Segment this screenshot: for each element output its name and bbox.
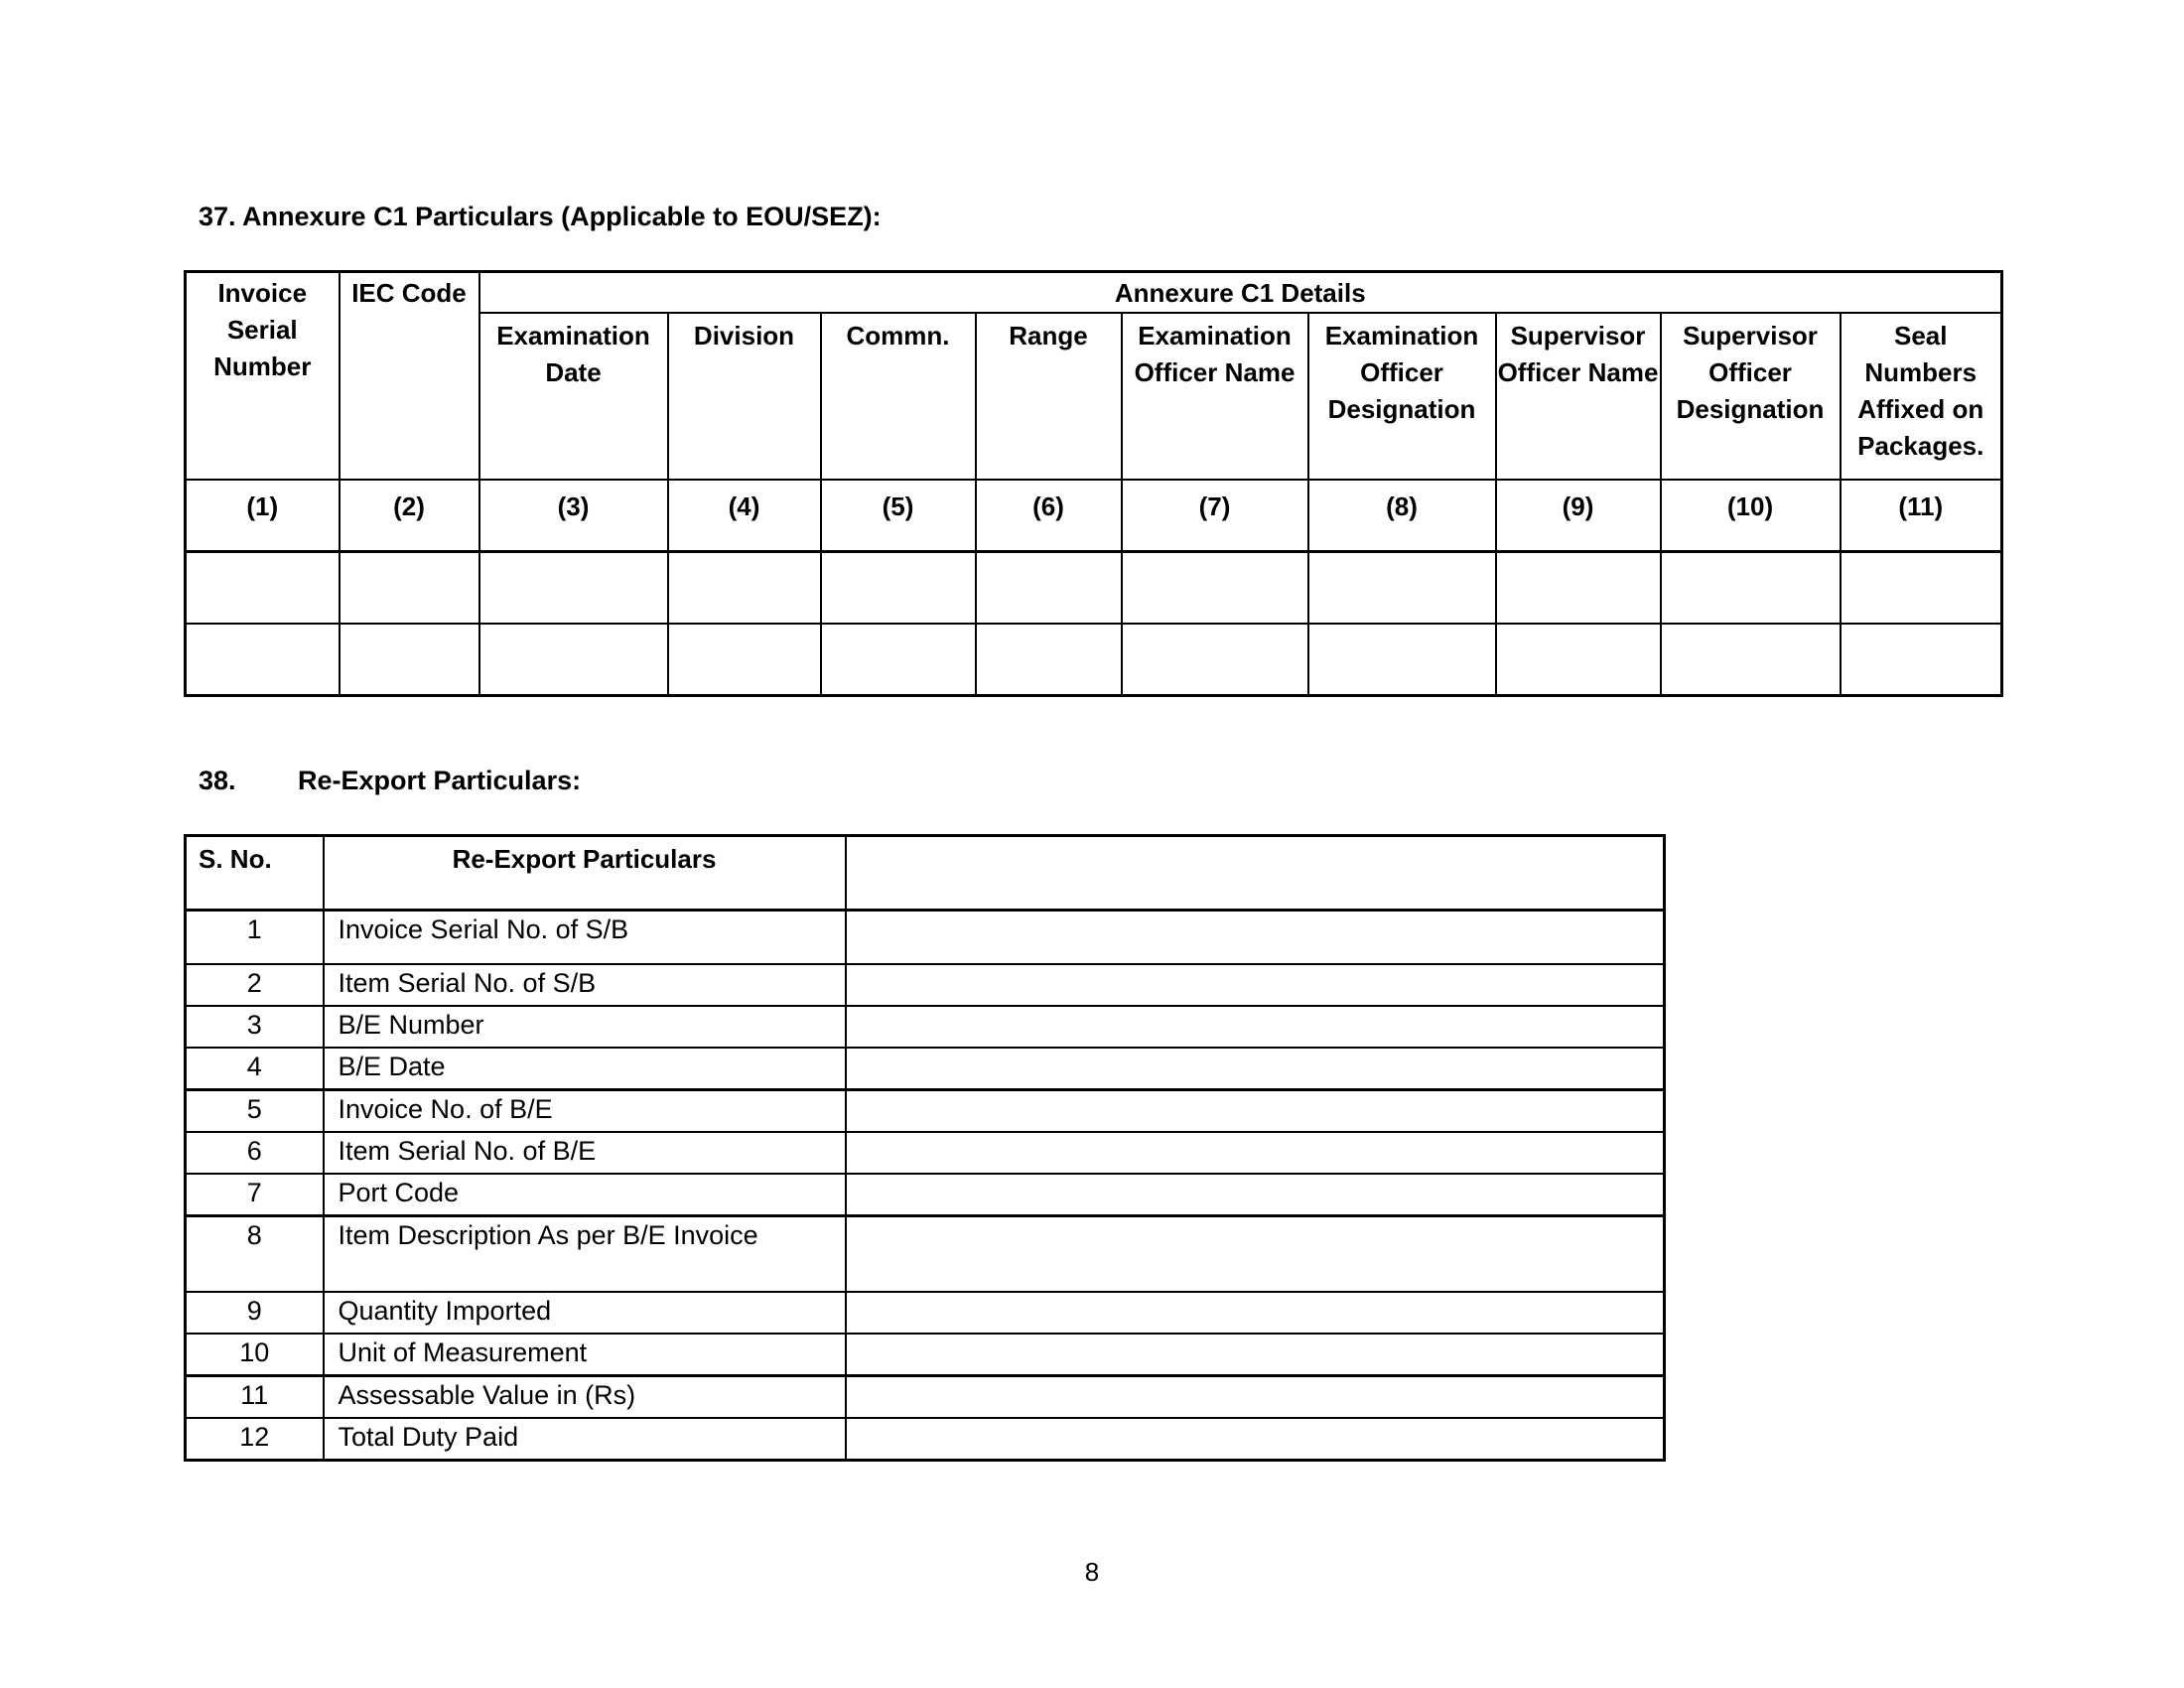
header-iec-code: IEC Code bbox=[340, 272, 479, 481]
row-label: Quantity Imported bbox=[324, 1292, 846, 1334]
row-value[interactable] bbox=[846, 1090, 1665, 1133]
entry-cell[interactable] bbox=[976, 624, 1122, 696]
entry-cell[interactable] bbox=[186, 552, 340, 625]
row-value[interactable] bbox=[846, 1216, 1665, 1293]
entry-cell[interactable] bbox=[1496, 552, 1661, 625]
header-col-10: Supervisor Officer Designation bbox=[1661, 313, 1841, 480]
row-label: Invoice Serial No. of S/B bbox=[324, 911, 846, 965]
entry-cell[interactable] bbox=[340, 552, 479, 625]
column-number-10: (10) bbox=[1661, 480, 1841, 552]
row-label: B/E Date bbox=[324, 1048, 846, 1090]
row-label: Item Serial No. of B/E bbox=[324, 1132, 846, 1174]
row-sno: 2 bbox=[186, 964, 324, 1006]
header-annexure-c1-details: Annexure C1 Details bbox=[479, 272, 2002, 314]
header-re-export-particulars: Re-Export Particulars bbox=[324, 836, 846, 911]
entry-cell[interactable] bbox=[1841, 624, 2002, 696]
row-value[interactable] bbox=[846, 911, 1665, 965]
entry-cell[interactable] bbox=[1841, 552, 2002, 625]
entry-cell[interactable] bbox=[1496, 624, 1661, 696]
header-s-no: S. No. bbox=[186, 836, 324, 911]
table-row: 6Item Serial No. of B/E bbox=[186, 1132, 1665, 1174]
row-value[interactable] bbox=[846, 1048, 1665, 1090]
row-value[interactable] bbox=[846, 1292, 1665, 1334]
row-sno: 3 bbox=[186, 1006, 324, 1048]
column-number-9: (9) bbox=[1496, 480, 1661, 552]
entry-cell[interactable] bbox=[1661, 624, 1841, 696]
table-row: 9Quantity Imported bbox=[186, 1292, 1665, 1334]
row-label: Item Description As per B/E Invoice bbox=[324, 1216, 846, 1293]
column-number-4: (4) bbox=[668, 480, 821, 552]
header-col-8: Examination Officer Designation bbox=[1308, 313, 1496, 480]
entry-cell[interactable] bbox=[1308, 624, 1496, 696]
row-sno: 6 bbox=[186, 1132, 324, 1174]
table-row: 1Invoice Serial No. of S/B bbox=[186, 911, 1665, 965]
row-label: Assessable Value in (Rs) bbox=[324, 1376, 846, 1419]
row-label: Item Serial No. of S/B bbox=[324, 964, 846, 1006]
re-export-particulars-table: S. No. Re-Export Particulars 1Invoice Se… bbox=[184, 834, 1666, 1462]
column-number-5: (5) bbox=[821, 480, 976, 552]
row-value[interactable] bbox=[846, 1334, 1665, 1376]
entry-cell[interactable] bbox=[1308, 552, 1496, 625]
row-sno: 12 bbox=[186, 1418, 324, 1461]
entry-cell[interactable] bbox=[186, 624, 340, 696]
row-sno: 8 bbox=[186, 1216, 324, 1293]
header-col-11: Seal Numbers Affixed on Packages. bbox=[1841, 313, 2002, 480]
header-col-9: Supervisor Officer Name bbox=[1496, 313, 1661, 480]
table-row bbox=[186, 552, 2002, 625]
section-38-title: Re-Export Particulars: bbox=[298, 766, 581, 796]
entry-cell[interactable] bbox=[479, 552, 668, 625]
row-value[interactable] bbox=[846, 1132, 1665, 1174]
row-label: Unit of Measurement bbox=[324, 1334, 846, 1376]
table-row: 2Item Serial No. of S/B bbox=[186, 964, 1665, 1006]
table-row: 7Port Code bbox=[186, 1174, 1665, 1216]
annexure-c1-table: Invoice Serial Number IEC Code Annexure … bbox=[184, 270, 2003, 697]
row-value[interactable] bbox=[846, 1174, 1665, 1216]
table-row: 8Item Description As per B/E Invoice bbox=[186, 1216, 1665, 1293]
column-number-6: (6) bbox=[976, 480, 1122, 552]
entry-cell[interactable] bbox=[1122, 624, 1308, 696]
column-number-11: (11) bbox=[1841, 480, 2002, 552]
row-label: B/E Number bbox=[324, 1006, 846, 1048]
column-number-8: (8) bbox=[1308, 480, 1496, 552]
table-row bbox=[186, 624, 2002, 696]
row-value[interactable] bbox=[846, 1418, 1665, 1461]
row-sno: 9 bbox=[186, 1292, 324, 1334]
entry-cell[interactable] bbox=[1122, 552, 1308, 625]
table-row: 11Assessable Value in (Rs) bbox=[186, 1376, 1665, 1419]
entry-cell[interactable] bbox=[340, 624, 479, 696]
entry-cell[interactable] bbox=[668, 624, 821, 696]
header-col-5: Commn. bbox=[821, 313, 976, 480]
header-col-7: Examination Officer Name bbox=[1122, 313, 1308, 480]
row-sno: 10 bbox=[186, 1334, 324, 1376]
header-invoice-serial-number: Invoice Serial Number bbox=[186, 272, 340, 481]
row-sno: 4 bbox=[186, 1048, 324, 1090]
table-row: 12Total Duty Paid bbox=[186, 1418, 1665, 1461]
row-sno: 5 bbox=[186, 1090, 324, 1133]
row-value[interactable] bbox=[846, 1006, 1665, 1048]
entry-cell[interactable] bbox=[479, 624, 668, 696]
row-sno: 11 bbox=[186, 1376, 324, 1419]
row-value[interactable] bbox=[846, 1376, 1665, 1419]
page-number: 8 bbox=[1082, 1557, 1102, 1588]
entry-cell[interactable] bbox=[668, 552, 821, 625]
header-col-4: Division bbox=[668, 313, 821, 480]
column-number-1: (1) bbox=[186, 480, 340, 552]
entry-cell[interactable] bbox=[1661, 552, 1841, 625]
row-value[interactable] bbox=[846, 964, 1665, 1006]
row-sno: 1 bbox=[186, 911, 324, 965]
row-label: Port Code bbox=[324, 1174, 846, 1216]
row-sno: 7 bbox=[186, 1174, 324, 1216]
table-row: 3B/E Number bbox=[186, 1006, 1665, 1048]
table-row: 4B/E Date bbox=[186, 1048, 1665, 1090]
section-38-number: 38. bbox=[199, 766, 236, 796]
header-col-3: Examination Date bbox=[479, 313, 668, 480]
section-37-title: 37. Annexure C1 Particulars (Applicable … bbox=[199, 202, 882, 232]
header-col-6: Range bbox=[976, 313, 1122, 480]
entry-cell[interactable] bbox=[821, 552, 976, 625]
header-value bbox=[846, 836, 1665, 911]
entry-cell[interactable] bbox=[821, 624, 976, 696]
row-label: Invoice No. of B/E bbox=[324, 1090, 846, 1133]
column-number-7: (7) bbox=[1122, 480, 1308, 552]
table-row: 10Unit of Measurement bbox=[186, 1334, 1665, 1376]
table-row: 5Invoice No. of B/E bbox=[186, 1090, 1665, 1133]
column-number-2: (2) bbox=[340, 480, 479, 552]
column-number-3: (3) bbox=[479, 480, 668, 552]
entry-cell[interactable] bbox=[976, 552, 1122, 625]
row-label: Total Duty Paid bbox=[324, 1418, 846, 1461]
